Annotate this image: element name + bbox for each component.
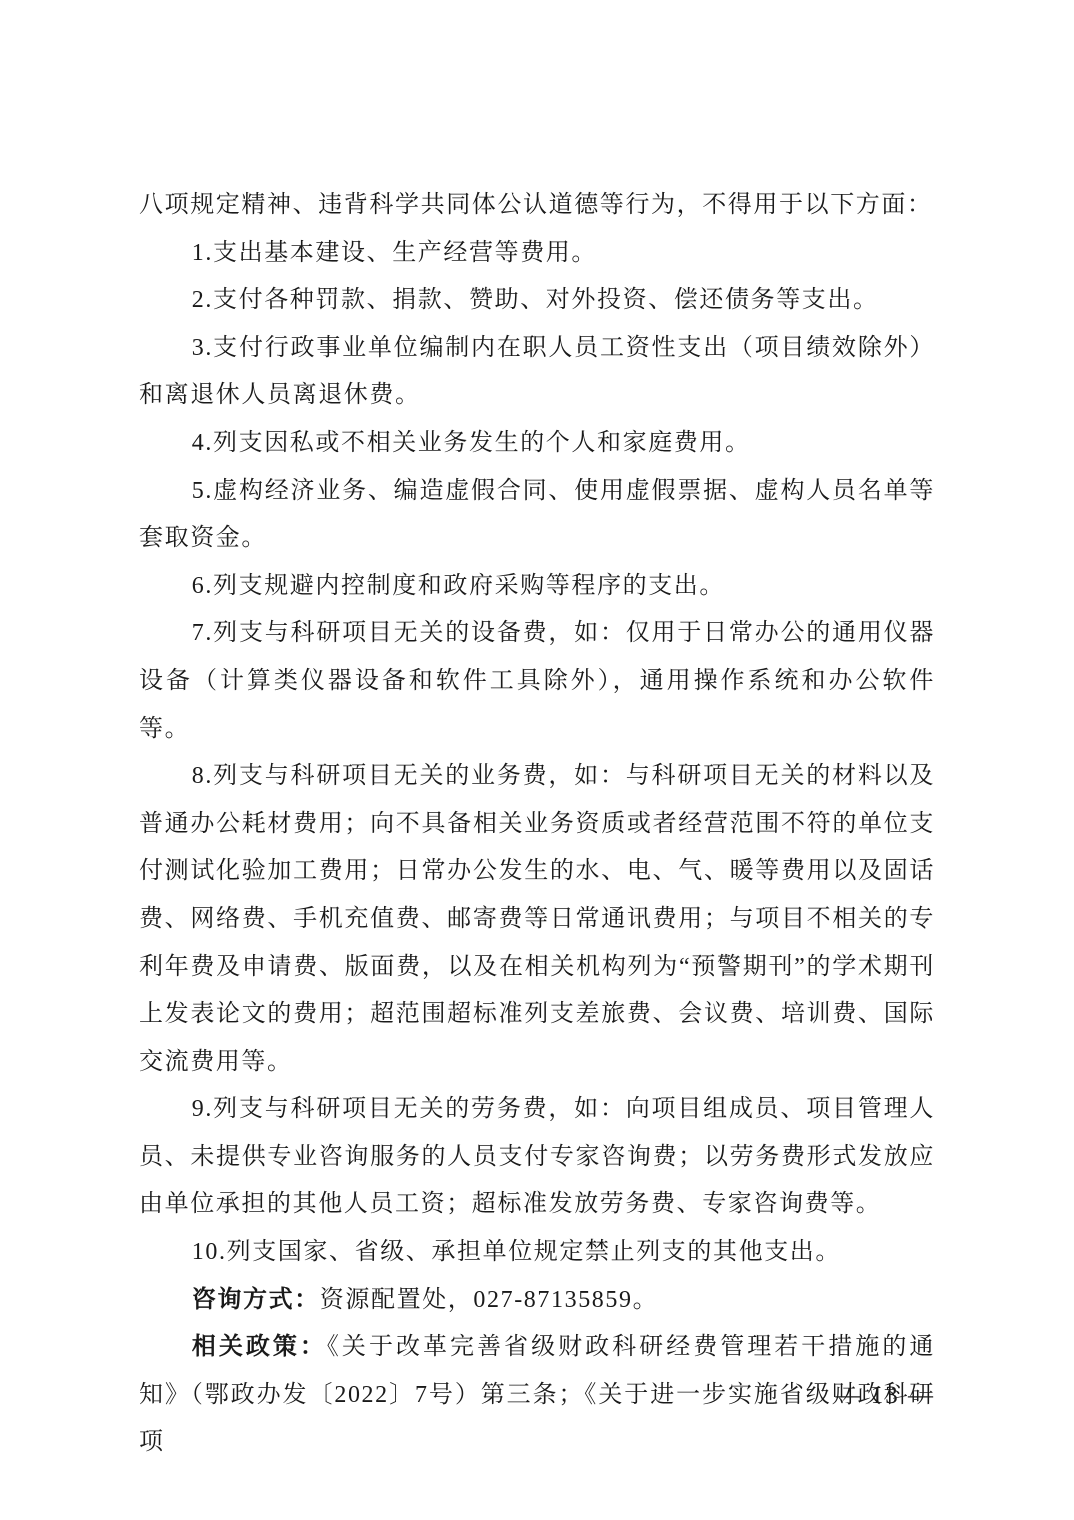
list-item-4: 4.列支因私或不相关业务发生的个人和家庭费用。: [139, 420, 935, 468]
consult-line: 咨询方式：资源配置处，027-87135859。: [139, 1277, 935, 1325]
list-item-10: 10.列支国家、省级、承担单位规定禁止列支的其他支出。: [139, 1229, 935, 1277]
list-item-2: 2.支付各种罚款、捐款、赞助、对外投资、偿还债务等支出。: [139, 277, 935, 325]
document-body: 八项规定精神、违背科学共同体公认道德等行为，不得用于以下方面： 1.支出基本建设…: [139, 182, 935, 1467]
consult-label: 咨询方式：: [192, 1287, 320, 1313]
list-item-3: 3.支付行政事业单位编制内在职人员工资性支出（项目绩效除外）和离退休人员离退休费…: [139, 325, 935, 420]
policy-label: 相关政策：: [192, 1334, 327, 1360]
list-item-1: 1.支出基本建设、生产经营等费用。: [139, 230, 935, 278]
consult-value: 资源配置处，027-87135859。: [320, 1287, 658, 1313]
list-item-6: 6.列支规避内控制度和政府采购等程序的支出。: [139, 563, 935, 611]
list-item-7: 7.列支与科研项目无关的设备费，如：仅用于日常办公的通用仪器设备（计算类仪器设备…: [139, 610, 935, 753]
page-number-footer: — 13 —: [836, 1382, 936, 1410]
list-item-9: 9.列支与科研项目无关的劳务费，如：向项目组成员、项目管理人员、未提供专业咨询服…: [139, 1086, 935, 1229]
list-item-5: 5.虚构经济业务、编造虚假合同、使用虚假票据、虚构人员名单等套取资金。: [139, 468, 935, 563]
list-item-8: 8.列支与科研项目无关的业务费，如：与科研项目无关的材料以及普通办公耗材费用；向…: [139, 753, 935, 1086]
page: 八项规定精神、违背科学共同体公认道德等行为，不得用于以下方面： 1.支出基本建设…: [0, 0, 1074, 1520]
policy-line: 相关政策：《关于改革完善省级财政科研经费管理若干措施的通知》（鄂政办发〔2022…: [139, 1324, 935, 1467]
paragraph-continuation: 八项规定精神、违背科学共同体公认道德等行为，不得用于以下方面：: [139, 182, 935, 230]
